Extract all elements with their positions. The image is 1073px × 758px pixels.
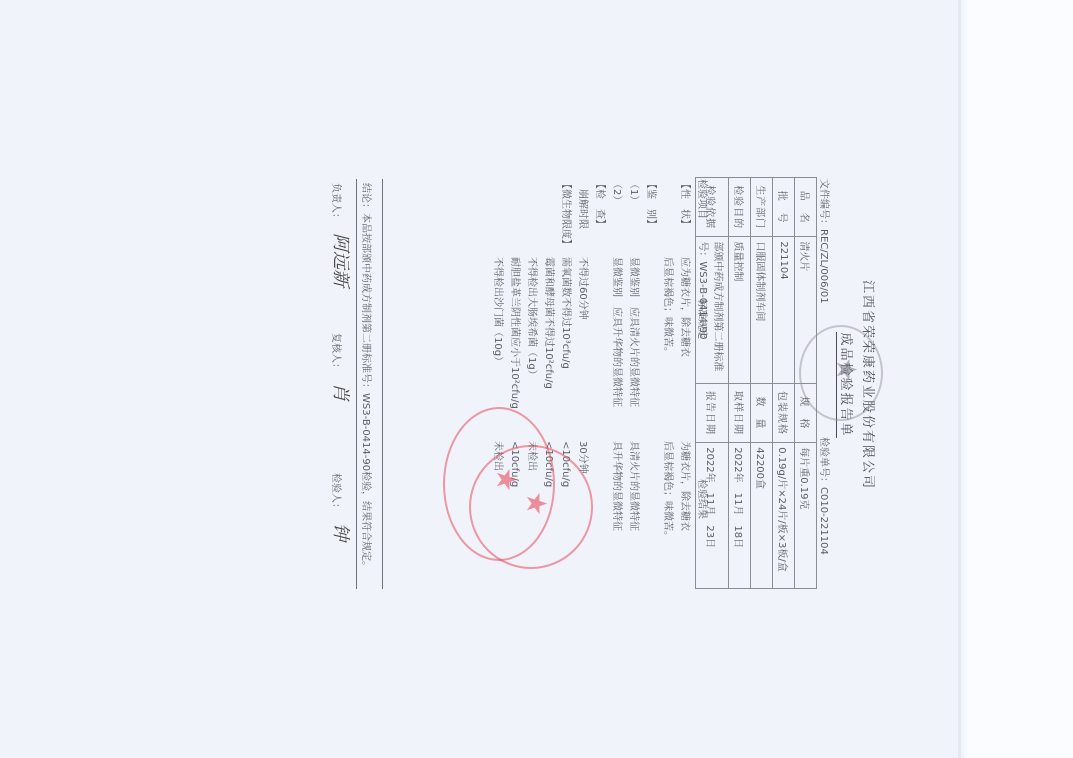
item-standard: 后显棕褐色；味微苦。 [660,257,675,357]
item-item: 【检 查】 [592,179,607,229]
item-item: 【性 状】 [677,179,692,229]
value-left: 221104 [773,237,795,383]
file-number: 文件编号：REC/ZL/006/01 [818,179,833,304]
reviewer-signature: 肖 [329,383,355,401]
info-row: 检验目的质量控制取样日期2022年 11月 18日 [729,178,751,589]
label-left: 品 名 [795,178,817,237]
column-headers: 检验项目 标准规定 检验结果 [692,179,709,589]
responsible-signature: 阿远新 [329,233,355,287]
scan-margin [960,0,1073,758]
item-standard: 需氧菌数不得过10³cfu/g [558,257,573,369]
value-right: 每片重0.19克 [795,443,817,589]
item-result: 后显棕褐色；味微苦。 [660,441,675,541]
label-right: 规 格 [795,383,817,442]
responsible-label: 负责人： [330,183,345,223]
item-item: 崩解时限 [575,179,590,229]
conclusion: 结论：本品按部颁中药成方制剂第二册标准号：WS3-B-0414-90检验，结果符… [360,183,375,571]
item-item: 【微生物限度】 [558,179,573,249]
value-left: 清火片 [795,237,817,383]
value-right: 42200盒 [751,443,773,589]
item-standard: 不得检出大肠埃希菌（1g） [524,257,539,380]
item-standard: 显微鉴别 应具升华物的显微特征 [609,257,624,407]
label-left: 生产部门 [751,178,773,237]
label-left: 检验目的 [729,178,751,237]
inspection-report: 江西省荣荣康药业股份有限公司 成品检验报告单 文件编号：REC/ZL/006/0… [185,175,885,595]
col-item: 检验项目 [694,179,709,219]
test-item-row: （1）显微鉴别 应具清火片的显微特征具清火片的显微特征 [624,179,641,589]
col-result: 检验结果 [694,479,709,519]
value-right: 2022年 11月 18日 [729,443,751,589]
label-right: 取样日期 [729,383,751,442]
test-item-row: （2）显微鉴别 应具升华物的显微特征具升华物的显微特征 [607,179,624,589]
item-standard: 耐胆盐革兰阴性菌应小于10²cfu/g [507,257,522,409]
inspector-signature: 钟 [329,523,355,541]
test-item-row: 【性 状】应为糖衣片，除去糖衣为糖衣片，除去糖衣 [675,179,692,589]
info-row: 批 号221104包装规格0.19g/片×24片/板×3板/盒 [773,178,795,589]
report-number: 检验单号：C010-221104 [818,437,833,555]
reviewer-label: 复核人： [330,333,345,373]
test-item-row: 后显棕褐色；味微苦。后显棕褐色；味微苦。 [658,179,675,589]
item-item: 【鉴 别】 [643,179,658,229]
value-left: 口服固体制剂车间 [751,237,773,383]
divider-bottom [356,179,357,589]
item-result: 具升华物的显微特征 [609,441,624,531]
label-right: 包装规格 [773,383,795,442]
label-left: 批 号 [773,178,795,237]
quality-dept-stamp: ★ [443,407,555,561]
item-result: 具清火片的显微特征 [626,441,641,531]
inspector-label: 检验人： [330,473,345,513]
value-left: 质量控制 [729,237,751,383]
divider-top [382,179,383,589]
col-standard: 标准规定 [694,299,709,339]
item-standard: 霉菌和酵母菌不得过10²cfu/g [541,257,556,389]
item-item: （2） [609,179,624,205]
test-item-row: 【检 查】 [590,179,607,589]
info-row: 品 名清火片规 格每片重0.19克 [795,178,817,589]
info-row: 生产部门口服固体制剂车间数 量42200盒 [751,178,773,589]
test-item-row: 【鉴 别】 [641,179,658,589]
item-standard: 不得过60分钟 [575,257,590,320]
item-result: 为糖衣片，除去糖衣 [677,441,692,531]
star-icon: ★ [830,357,863,382]
item-standard: 不得检出沙门菌（10g） [490,257,505,366]
item-standard: 显微鉴别 应具清火片的显微特征 [626,257,641,407]
label-right: 数 量 [751,383,773,442]
star-icon: ★ [490,467,523,492]
item-standard: 应为糖衣片，除去糖衣 [677,257,692,357]
scan-fold-line [958,0,961,758]
product-info-table: 品 名清火片规 格每片重0.19克批 号221104包装规格0.19g/片×24… [695,177,817,589]
item-item: （1） [626,179,641,205]
value-right: 0.19g/片×24片/板×3板/盒 [773,443,795,589]
